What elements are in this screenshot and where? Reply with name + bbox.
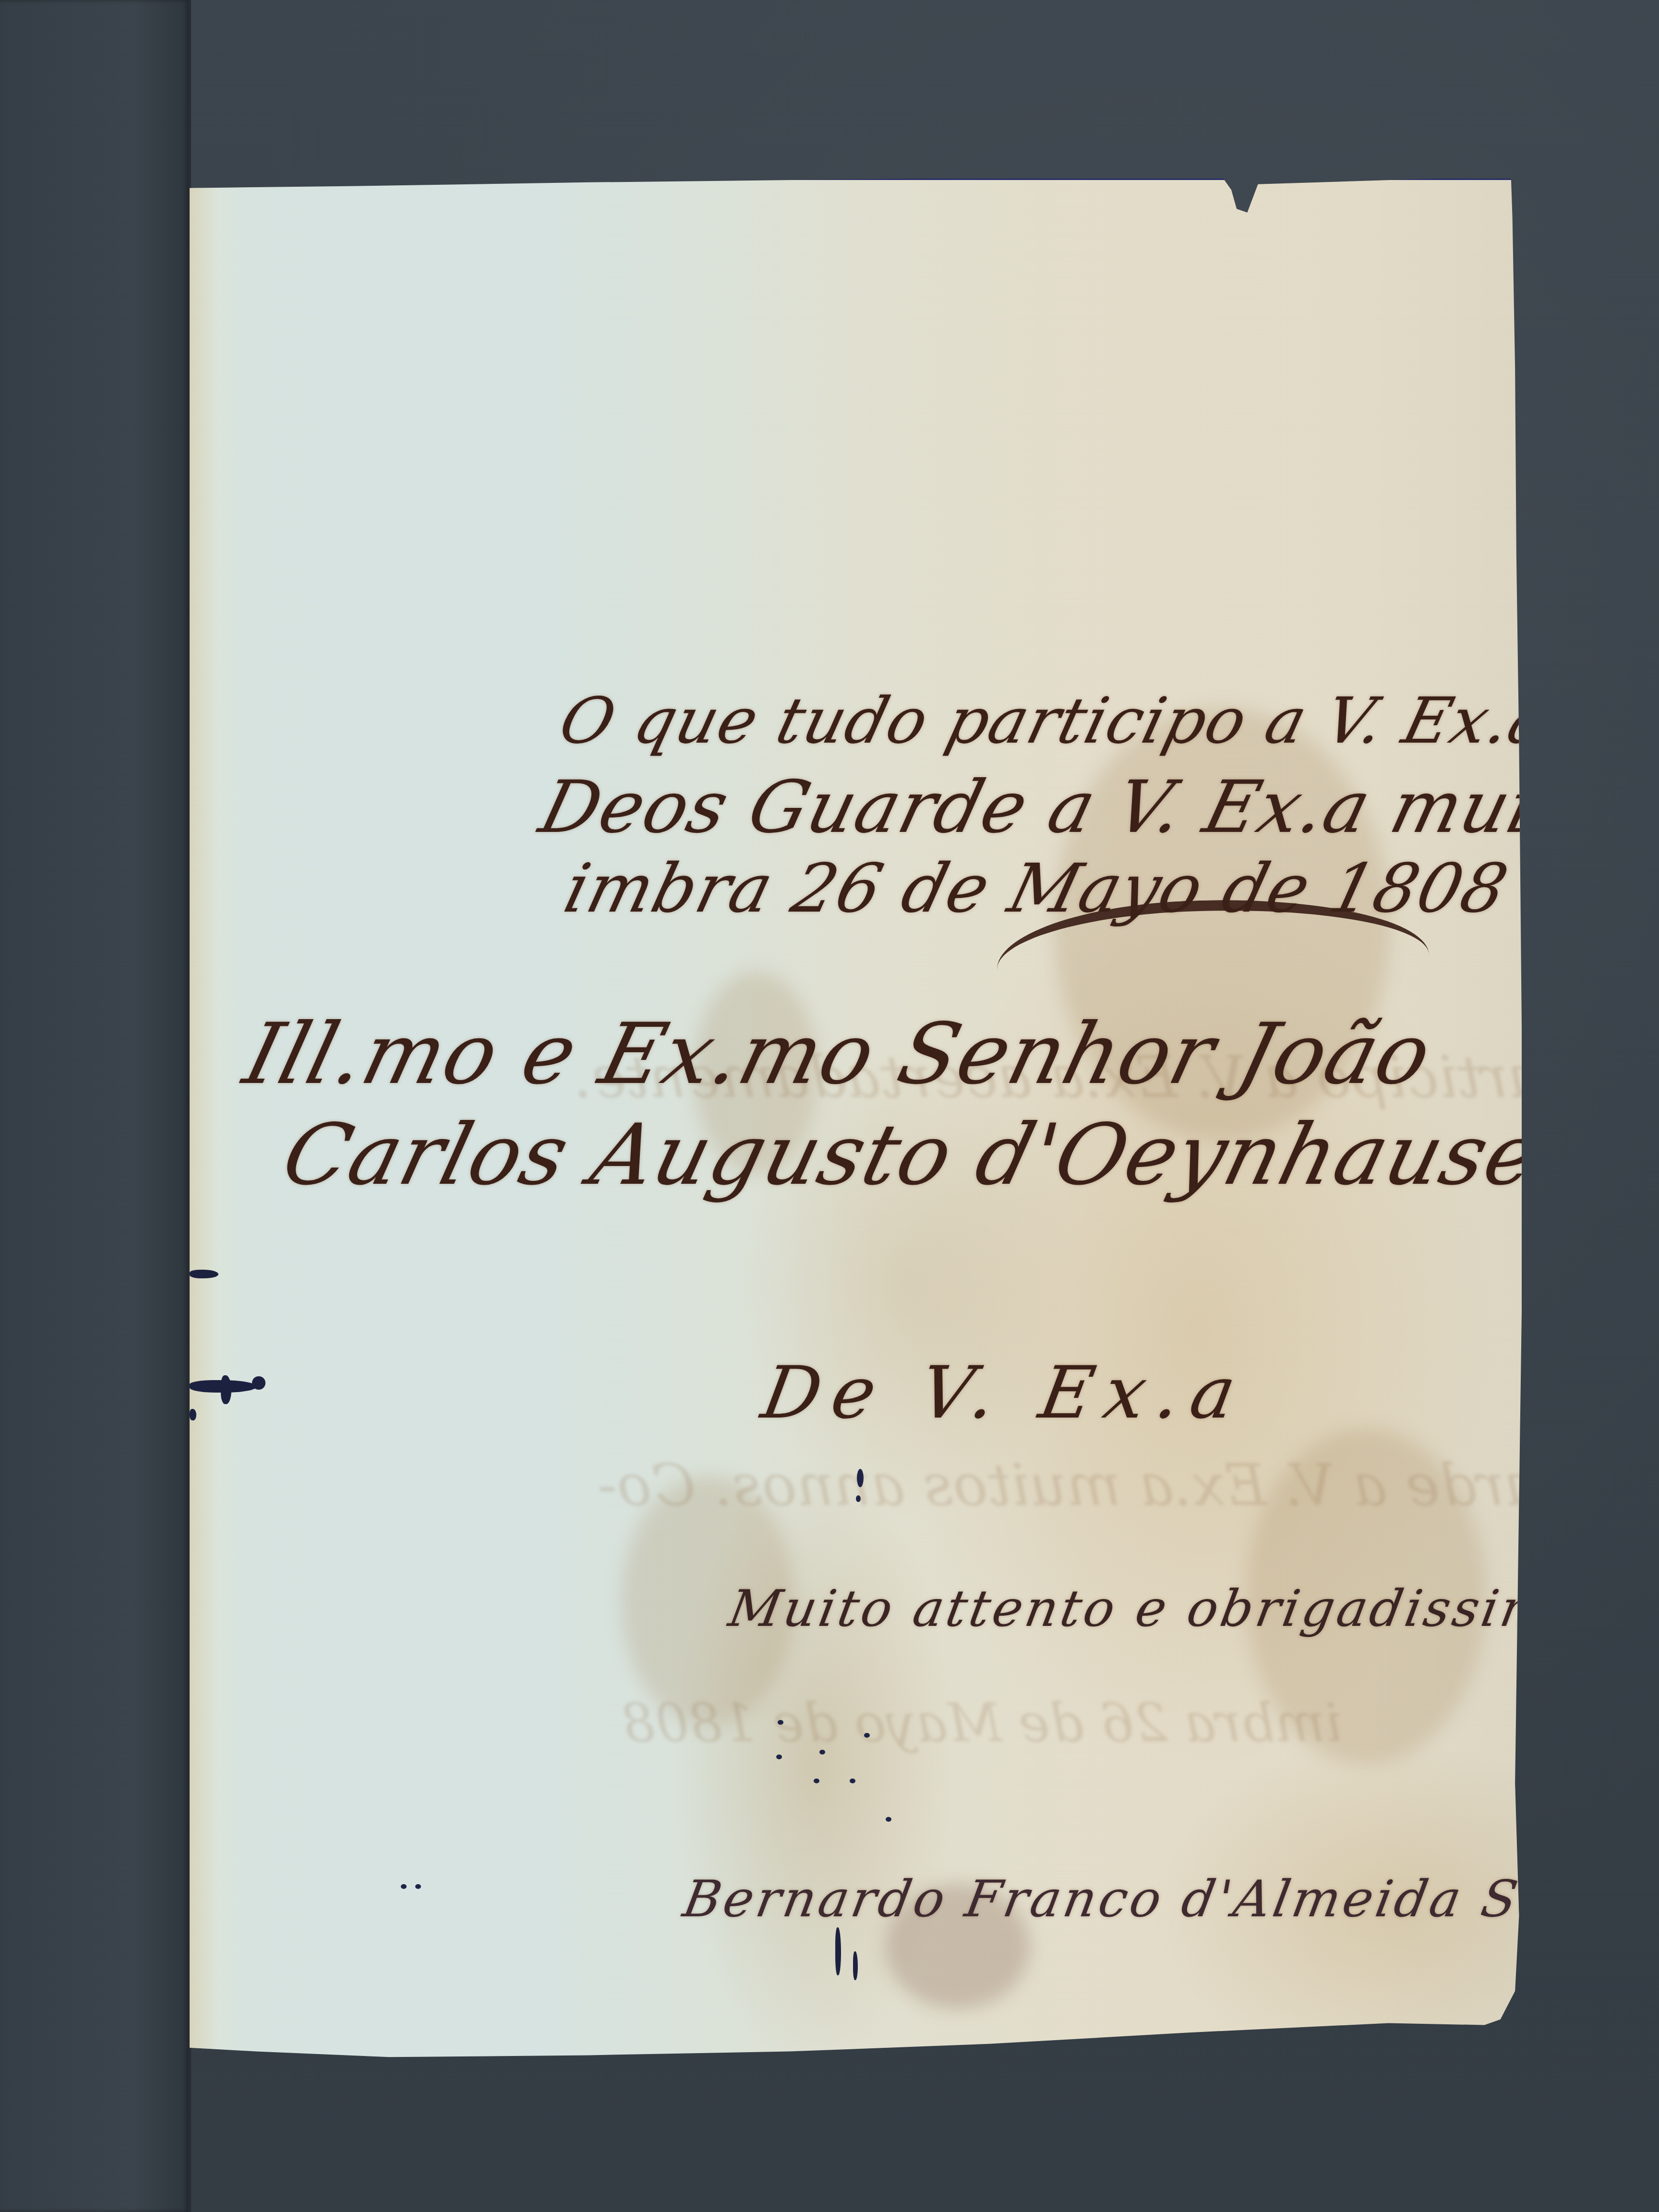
signature: Bernardo Franco d'Almeida Serra	[679, 1870, 1644, 1928]
ink-dot	[401, 1884, 407, 1889]
addressee-line-1: Ill.mo e Ex.mo Senhor João	[235, 1006, 1442, 1103]
paper-edge-shade	[190, 180, 218, 2067]
closing-formula: De V. Ex.a	[756, 1351, 1253, 1435]
ink-dot	[776, 1755, 782, 1759]
ink-dot	[850, 1779, 855, 1783]
ink-blot	[190, 1270, 218, 1278]
body-line-2: Deos Guarde a V. Ex.a muitos annos. Co-	[532, 766, 1659, 849]
ink-dot	[819, 1750, 825, 1755]
ink-dot	[778, 1720, 783, 1725]
ink-dot	[856, 1495, 861, 1502]
letter-sheet: O que tudo participo a V. Ex.a acertadam…	[190, 179, 1522, 2067]
photograph-scene: O que tudo participo a V. Ex.a acertadam…	[0, 0, 1659, 2212]
ink-dot	[415, 1884, 421, 1889]
body-line-1: O que tudo participo a V. Ex.a acertadam…	[553, 684, 1659, 758]
addressee-line-2: Carlos Augusto d'Oeynhausen	[274, 1106, 1605, 1204]
ink-dot	[864, 1733, 870, 1738]
bleed-through-text: Deos Guarde a V. Ex.a muitos annos. Co-	[598, 1452, 1659, 1519]
ink-dot	[886, 1817, 891, 1822]
ink-blot	[190, 1409, 196, 1420]
ink-blot	[835, 1927, 841, 1975]
ink-dot	[814, 1779, 819, 1783]
ink-blot	[853, 1951, 858, 1980]
ink-dot	[857, 1469, 864, 1487]
ink-blot	[221, 1375, 231, 1404]
album-mount-left	[0, 0, 190, 2212]
ink-blot	[252, 1376, 265, 1390]
subscription-line: Muito attento e obrigadissimo Subdito	[724, 1579, 1659, 1638]
bleed-through-text: imbra 26 de Mayo de 1808	[622, 1692, 1342, 1754]
